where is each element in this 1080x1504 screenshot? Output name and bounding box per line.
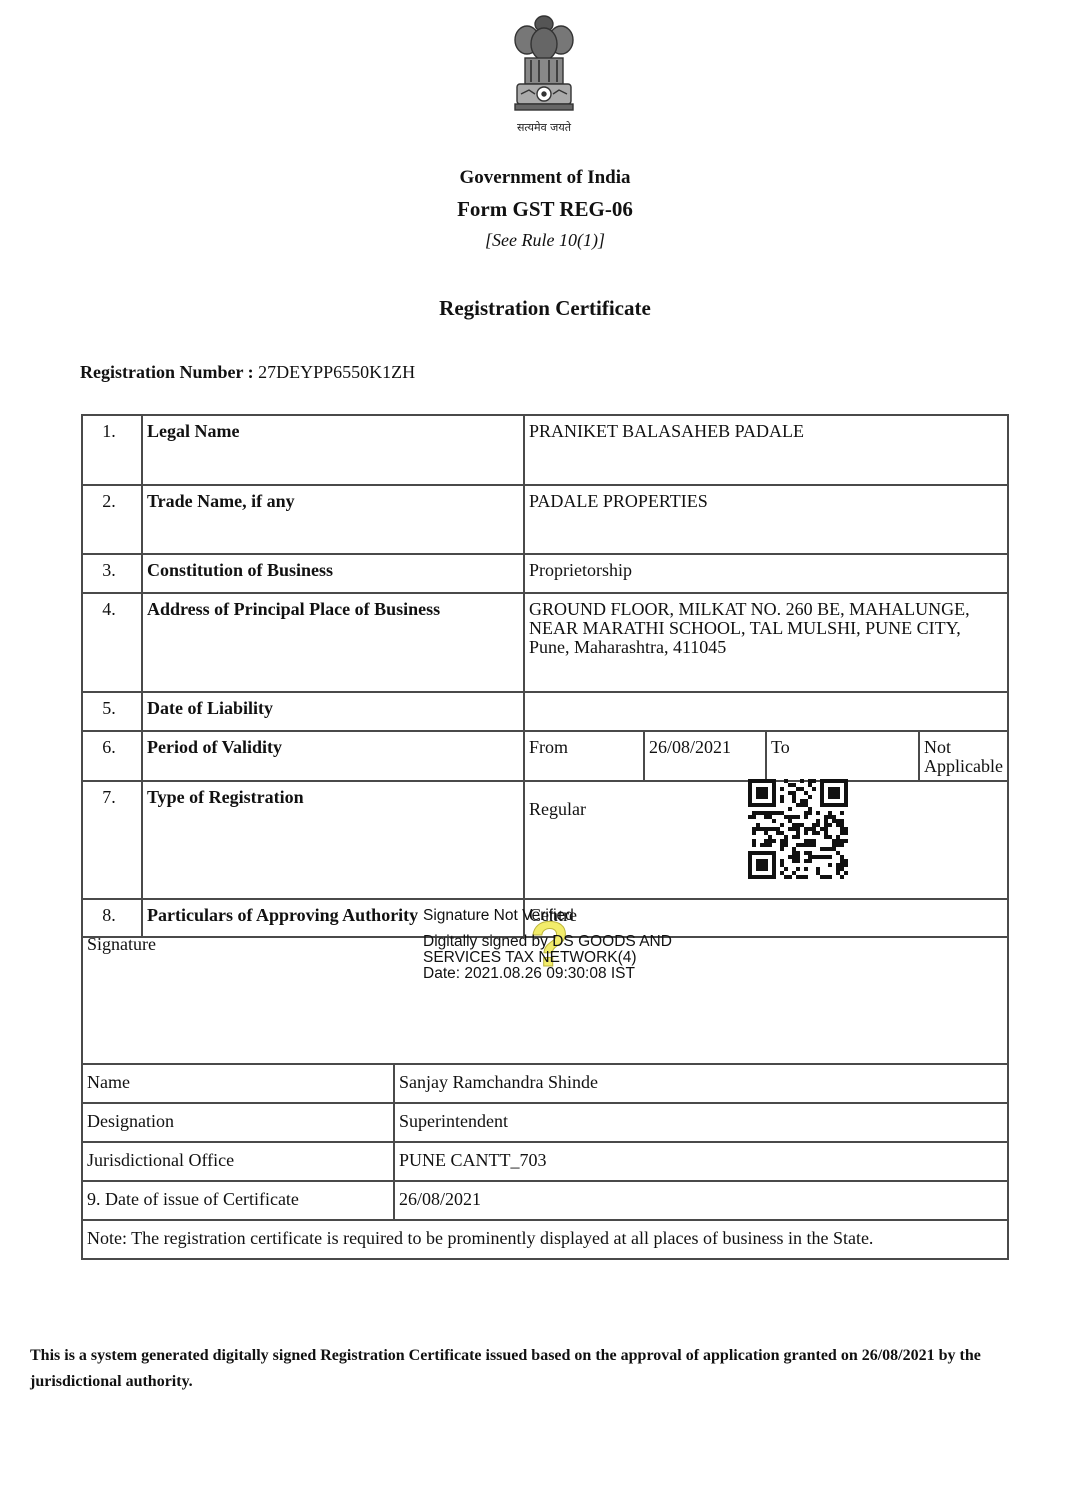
table-row: Name Sanjay Ramchandra Shinde — [82, 1064, 1008, 1103]
row-number: 7. — [82, 781, 142, 899]
note-text: Note: The registration certificate is re… — [82, 1220, 1008, 1259]
row-label: Date of Liability — [142, 692, 524, 731]
table-row: 3. Constitution of Business Proprietorsh… — [82, 554, 1008, 593]
signature-status: Signature Not Verified — [423, 908, 672, 924]
signature-label: Signature — [87, 934, 156, 955]
row-number: 2. — [82, 485, 142, 554]
table-row: 4. Address of Principal Place of Busines… — [82, 593, 1008, 692]
row-number: 4. — [82, 593, 142, 692]
row-label: Legal Name — [142, 415, 524, 485]
validity-table: From 26/08/2021 To Not Applicable — [525, 732, 1007, 780]
footer-disclaimer: This is a system generated digitally sig… — [30, 1343, 1065, 1395]
table-row: 1. Legal Name PRANIKET BALASAHEB PADALE — [82, 415, 1008, 485]
registration-details-table: 1. Legal Name PRANIKET BALASAHEB PADALE … — [81, 414, 1009, 938]
row-number: 6. — [82, 731, 142, 781]
from-label: From — [525, 732, 644, 780]
digital-signature-stamp[interactable]: Signature Not Verified Digitally signed … — [423, 908, 672, 982]
row-number: 3. — [82, 554, 142, 593]
to-label: To — [766, 732, 919, 780]
rule-reference: [See Rule 10(1)] — [0, 230, 1080, 251]
certificate-title: Registration Certificate — [0, 296, 1080, 321]
row-number: 5. — [82, 692, 142, 731]
government-heading: Government of India — [0, 167, 1080, 189]
national-emblem: सत्यमेव जयते — [502, 10, 586, 138]
validity-cell: From 26/08/2021 To Not Applicable — [524, 731, 1008, 781]
date-of-liability-value — [524, 692, 1008, 731]
table-row: 2. Trade Name, if any PADALE PROPERTIES — [82, 485, 1008, 554]
authority-label: Name — [82, 1064, 394, 1103]
table-row: Note: The registration certificate is re… — [82, 1220, 1008, 1259]
signature-line-3: Date: 2021.08.26 09:30:08 IST — [423, 966, 672, 982]
emblem-motto: सत्यमेव जयते — [502, 120, 586, 135]
authority-label: 9. Date of issue of Certificate — [82, 1181, 394, 1220]
registration-number-label: Registration Number : — [80, 362, 254, 382]
table-row: 6. Period of Validity From 26/08/2021 To… — [82, 731, 1008, 781]
form-title: Form GST REG-06 — [0, 197, 1080, 222]
row-label: Period of Validity — [142, 731, 524, 781]
authority-value: PUNE CANTT_703 — [394, 1142, 1008, 1181]
national-emblem-icon — [509, 10, 579, 118]
table-row: Jurisdictional Office PUNE CANTT_703 — [82, 1142, 1008, 1181]
registration-number-value: 27DEYPP6550K1ZH — [258, 362, 415, 382]
row-number: 1. — [82, 415, 142, 485]
address-value: GROUND FLOOR, MILKAT NO. 260 BE, MAHALUN… — [524, 593, 1008, 692]
legal-name-value: PRANIKET BALASAHEB PADALE — [524, 415, 1008, 485]
constitution-value: Proprietorship — [524, 554, 1008, 593]
registration-type-text: Regular — [529, 799, 586, 819]
table-row: Designation Superintendent — [82, 1103, 1008, 1142]
authority-value: Sanjay Ramchandra Shinde — [394, 1064, 1008, 1103]
authority-table: Name Sanjay Ramchandra Shinde Designatio… — [81, 1063, 1009, 1260]
row-label: Address of Principal Place of Business — [142, 593, 524, 692]
authority-label: Jurisdictional Office — [82, 1142, 394, 1181]
signature-line-1: Digitally signed by DS GOODS AND — [423, 934, 672, 950]
registration-number: Registration Number : 27DEYPP6550K1ZH — [80, 362, 415, 383]
table-row: 7. Type of Registration Regular — [82, 781, 1008, 899]
row-label: Type of Registration — [142, 781, 524, 899]
to-value: Not Applicable — [919, 732, 1007, 780]
authority-label: Designation — [82, 1103, 394, 1142]
authority-value: 26/08/2021 — [394, 1181, 1008, 1220]
from-value: 26/08/2021 — [644, 732, 766, 780]
authority-value: Superintendent — [394, 1103, 1008, 1142]
row-label: Trade Name, if any — [142, 485, 524, 554]
table-row: 5. Date of Liability — [82, 692, 1008, 731]
trade-name-value: PADALE PROPERTIES — [524, 485, 1008, 554]
table-row: 9. Date of issue of Certificate 26/08/20… — [82, 1181, 1008, 1220]
signature-line-2: SERVICES TAX NETWORK(4) — [423, 950, 672, 966]
row-label: Constitution of Business — [142, 554, 524, 593]
qr-code-icon — [748, 779, 848, 879]
